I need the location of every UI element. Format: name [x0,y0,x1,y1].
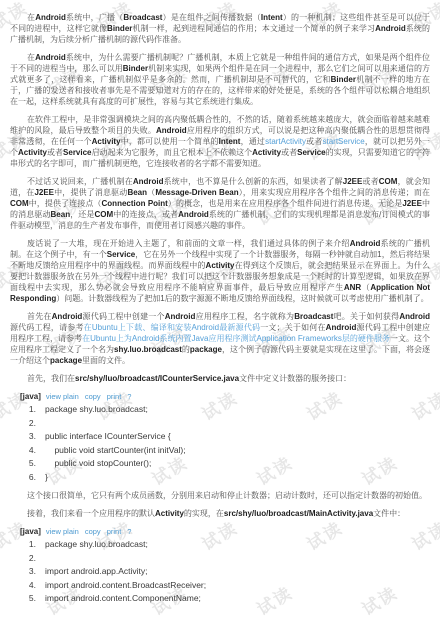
text-run: ）问题。计数器线程为了把加1后的数字源源不断地反馈给界面线程，这时候就可以考虑使… [56,294,428,303]
text-run: 吧。关于如何获得 [333,312,399,321]
text-run: 里面的文件。 [82,356,130,365]
text-run: 或者 [306,137,323,146]
code-line [20,552,430,566]
inline-link[interactable]: 在Ubuntu上下载、编译和安装Android最新源代码 [84,323,261,332]
bold-term: Service [107,250,135,259]
text-run: ，通过 [240,137,265,146]
text-run: 或者 [47,148,63,157]
paragraph: 首先，我们在src/shy/luo/broadcast/ICounterServ… [10,373,430,384]
bold-term: Bean [127,188,147,197]
bold-term: Broadcast [294,312,333,321]
bold-term: Activity [252,148,281,157]
code-action-print[interactable]: print [107,392,122,401]
bold-term: package [190,345,222,354]
code-line: public void startCounter(int initVal); [20,444,430,458]
code-action-copy[interactable]: copy [85,527,101,536]
text-run: 首先，我们在 [27,374,75,383]
inline-link[interactable]: startActivity [265,137,306,146]
code-line: import android.content.BroadcastReceiver… [20,579,430,593]
code-action-help[interactable]: ? [127,527,131,536]
bold-term: Service [297,148,325,157]
code-language-tag: [java] [20,392,41,401]
code-line: import android.content.ComponentName; [20,592,430,606]
bold-term: Binder [107,24,132,33]
paragraph: 首先在Android源代码工程中创建一个Android应用程序工程，名字就称为B… [10,311,430,366]
code-toolbar: [java]view plaincopyprint? [20,526,430,537]
bold-term: Android [350,239,381,248]
text-run: 中，提供了连接点（ [29,199,102,208]
bold-term: Android [35,53,66,62]
code-line: package shy.luo.broadcast; [20,538,430,552]
bold-term: COM [10,199,29,208]
bold-term: Android [165,312,196,321]
text-run: 这个接口很简单，它只有两个成员函数，分别用来启动和停止计数器；启动计数时，还可以… [27,491,427,500]
code-lines: package shy.luo.broadcast;public interfa… [20,403,430,484]
code-lines: package shy.luo.broadcast;import android… [20,538,430,606]
code-language-tag: [java] [20,527,41,536]
text-run: 接着，我们来看一个应用程序的默认 [27,509,155,518]
bold-term: J2EE [34,188,54,197]
code-action-help[interactable]: ? [127,392,131,401]
bold-term: Intent [261,13,283,22]
code-line: package shy.luo.broadcast; [20,403,430,417]
code-line: import android.app.Activity; [20,565,430,579]
text-run: 系统中，也不算是什么创新的东西，如果读者了解 [164,177,343,186]
text-run: 文件中定义计数器的服务接口： [239,374,351,383]
paragraph: 在软件工程中，是非常强调模块之间的高内聚低耦合性的，不然的话，随着系统越来越庞大… [10,114,430,169]
text-run: 废话说了一大堆，现在开始进入主题了，和前面的文章一样，我们通过具体的例子来介绍 [27,239,350,248]
text-run: 或者 [362,177,378,186]
bold-term: Android [35,13,66,22]
text-run: 机制一样，起到进程间通信的作用；本文通过一个简单的例子来学习 [132,24,375,33]
inline-link[interactable]: startService [323,137,365,146]
bold-term: Android [399,312,430,321]
paragraph: 在Android系统中，为什么需要广播机制呢？广播机制，本质上它就是一种组件间的… [10,52,430,107]
bold-term: Android [133,177,164,186]
text-run: 的实现，在 [184,509,224,518]
text-run: 系统中，广播（ [66,13,123,22]
bold-term: Message-Driven Bean [155,188,238,197]
bold-term: J2EE [343,177,363,186]
text-run: ，还是 [70,210,94,219]
text-run: ），用来实现应用程序各个组件之间的消息传递；而在 [239,188,430,197]
text-run: ）的概念，也是用来在应用程序各个组件间进行消息传递。无论是 [168,199,403,208]
text-run: 源代码工程，请参考 [10,323,84,332]
bold-term: Activity [155,509,184,518]
bold-term: Service [63,148,91,157]
text-run: 源代码工程中创建一个 [82,312,164,321]
text-run: 中，都可以使用一个简单的 [121,137,219,146]
text-run: 在 [27,13,35,22]
code-action-view-plain[interactable]: view plain [46,392,79,401]
code-action-view-plain[interactable]: view plain [46,527,79,536]
bold-term: Android [326,323,357,332]
bold-term: Broadcast [123,13,162,22]
text-run: 应用程序工程，名字就称为 [195,312,294,321]
paragraph: 接着，我们来看一个应用程序的默认Activity的实现，在src/shy/luo… [10,508,430,519]
bold-term: Activity [92,137,121,146]
code-line [20,417,430,431]
bold-term: Activity [206,261,235,270]
bold-term: Activity [18,148,47,157]
text-run: 在 [27,53,35,62]
bold-term: src/shy/luo/broadcast/ICounterService.ja… [75,374,239,383]
text-run: 中的连接点，或者 [113,210,178,219]
text-run: 或者 [281,148,297,157]
text-run: 一文；关于如何在 [260,323,325,332]
code-line: public interface ICounterService { [20,430,430,444]
bold-term: Binder [123,64,148,73]
text-run: 文件中： [373,509,405,518]
bold-term: src/shy/luo/broadcast/MainActivity.java [224,509,373,518]
bold-term: Bean [51,210,71,219]
bold-term: Connection Point [102,199,168,208]
paragraph: 不过话又说回来，广播机制在Android系统中，也不算是什么创新的东西，如果读者… [10,176,430,231]
code-block: [java]view plaincopyprint?package shy.lu… [20,391,430,484]
paragraph: 在Android系统中，广播（Broadcast）是在组件之间传播数据（Inte… [10,12,430,45]
bold-term: package [50,356,82,365]
bold-term: ANR [344,283,361,292]
code-action-print[interactable]: print [107,527,122,536]
inline-link[interactable]: 在Ubuntu上为Android系统内置Java应用程序测试Applicatio… [82,334,390,343]
article-body: 在Android系统中，广播（Broadcast）是在组件之间传播数据（Inte… [0,0,440,606]
paragraph: 这个接口很简单，它只有两个成员函数，分别用来启动和停止计数器；启动计数时，还可以… [10,490,430,501]
bold-term: COM [379,177,398,186]
code-action-copy[interactable]: copy [85,392,101,401]
bold-term: COM [95,210,114,219]
bold-term: Intent [219,137,241,146]
text-run: 中，提供了消息驱动 [54,188,127,197]
code-line: public void stopCounter(); [20,457,430,471]
bold-term: J2EE [402,199,422,208]
bold-term: shy.luo.broadcast [114,345,182,354]
text-run: 首先在 [27,312,52,321]
text-run: ）是在组件之间传播数据（ [162,13,260,22]
bold-term: Android [156,126,187,135]
text-run: 不过话又说回来，广播机制在 [27,177,133,186]
code-line: } [20,471,430,485]
paragraph: 废话说了一大堆，现在开始进入主题了，和前面的文章一样，我们通过具体的例子来介绍A… [10,238,430,304]
text-run: （ [361,283,370,292]
bold-term: Android [178,210,209,219]
bold-term: Android [375,24,406,33]
bold-term: Binder [331,75,356,84]
bold-term: Android [52,312,83,321]
code-toolbar: [java]view plaincopyprint? [20,391,430,402]
code-block: [java]view plaincopyprint?package shy.lu… [20,526,430,606]
text-run: 启动起来为它服务，而且它根本上不依赖这个 [92,148,253,157]
text-run: 的 [182,345,190,354]
